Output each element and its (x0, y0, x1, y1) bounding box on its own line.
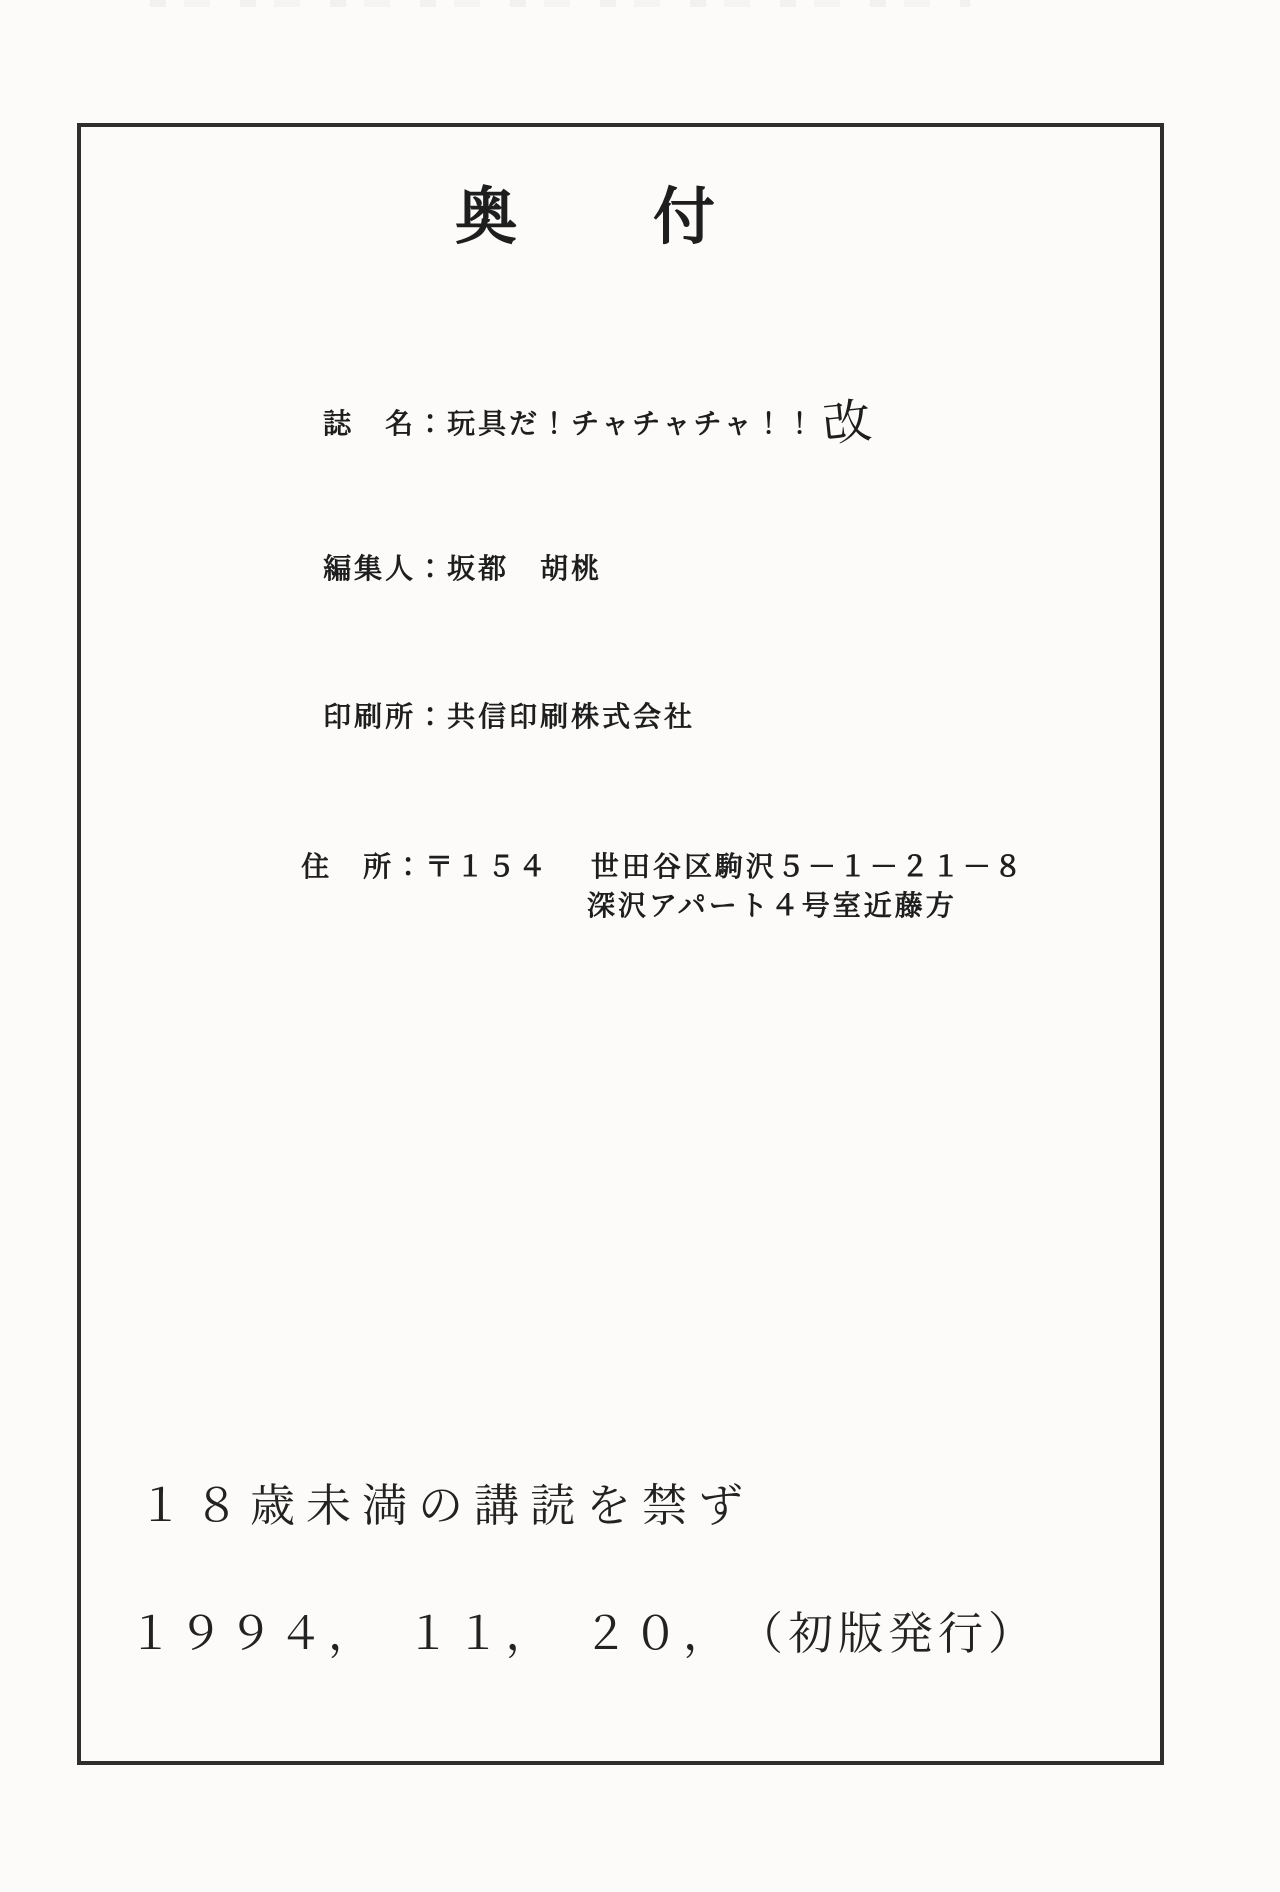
magazine-name-label: 誌 名： (323, 408, 447, 439)
editor-value: 坂都 胡桃 (447, 553, 602, 584)
scan-bleed-artifact (150, 0, 970, 7)
printer-label: 印刷所： (323, 701, 447, 732)
editor-row: 編集人：坂都 胡桃 (280, 521, 602, 618)
editor-label: 編集人： (323, 553, 447, 584)
address-line2: 深沢アパート４号室近藤方 (587, 890, 957, 922)
printer-row: 印刷所：共信印刷株式会社 (280, 669, 695, 766)
printer-value: 共信印刷株式会社 (447, 701, 695, 732)
publication-date: １９９４， １１， ２０， （初版発行） (128, 1610, 1038, 1660)
page-title: 奥 付 (455, 187, 719, 249)
colophon-frame: 奥 付 誌 名：玩具だ！チャチャチャ！！改 編集人：坂都 胡桃 印刷所：共信印刷… (77, 123, 1164, 1765)
address-value: 〒１５４ 世田谷区駒沢５－１－２１－８ (425, 851, 1025, 882)
magazine-name-value: 玩具だ！チャチャチャ！！ (447, 408, 816, 439)
colophon-scan-page: { "colors": { "paper": "#fcfbf9", "ink":… (0, 0, 1280, 1892)
age-restriction-notice: １８歳未満の講読を禁ず (138, 1482, 754, 1532)
magazine-name-row: 誌 名：玩具だ！チャチャチャ！！改 (280, 376, 871, 473)
address-label: 住 所： (301, 851, 425, 882)
handwritten-kai-annotation: 改 (823, 421, 871, 426)
